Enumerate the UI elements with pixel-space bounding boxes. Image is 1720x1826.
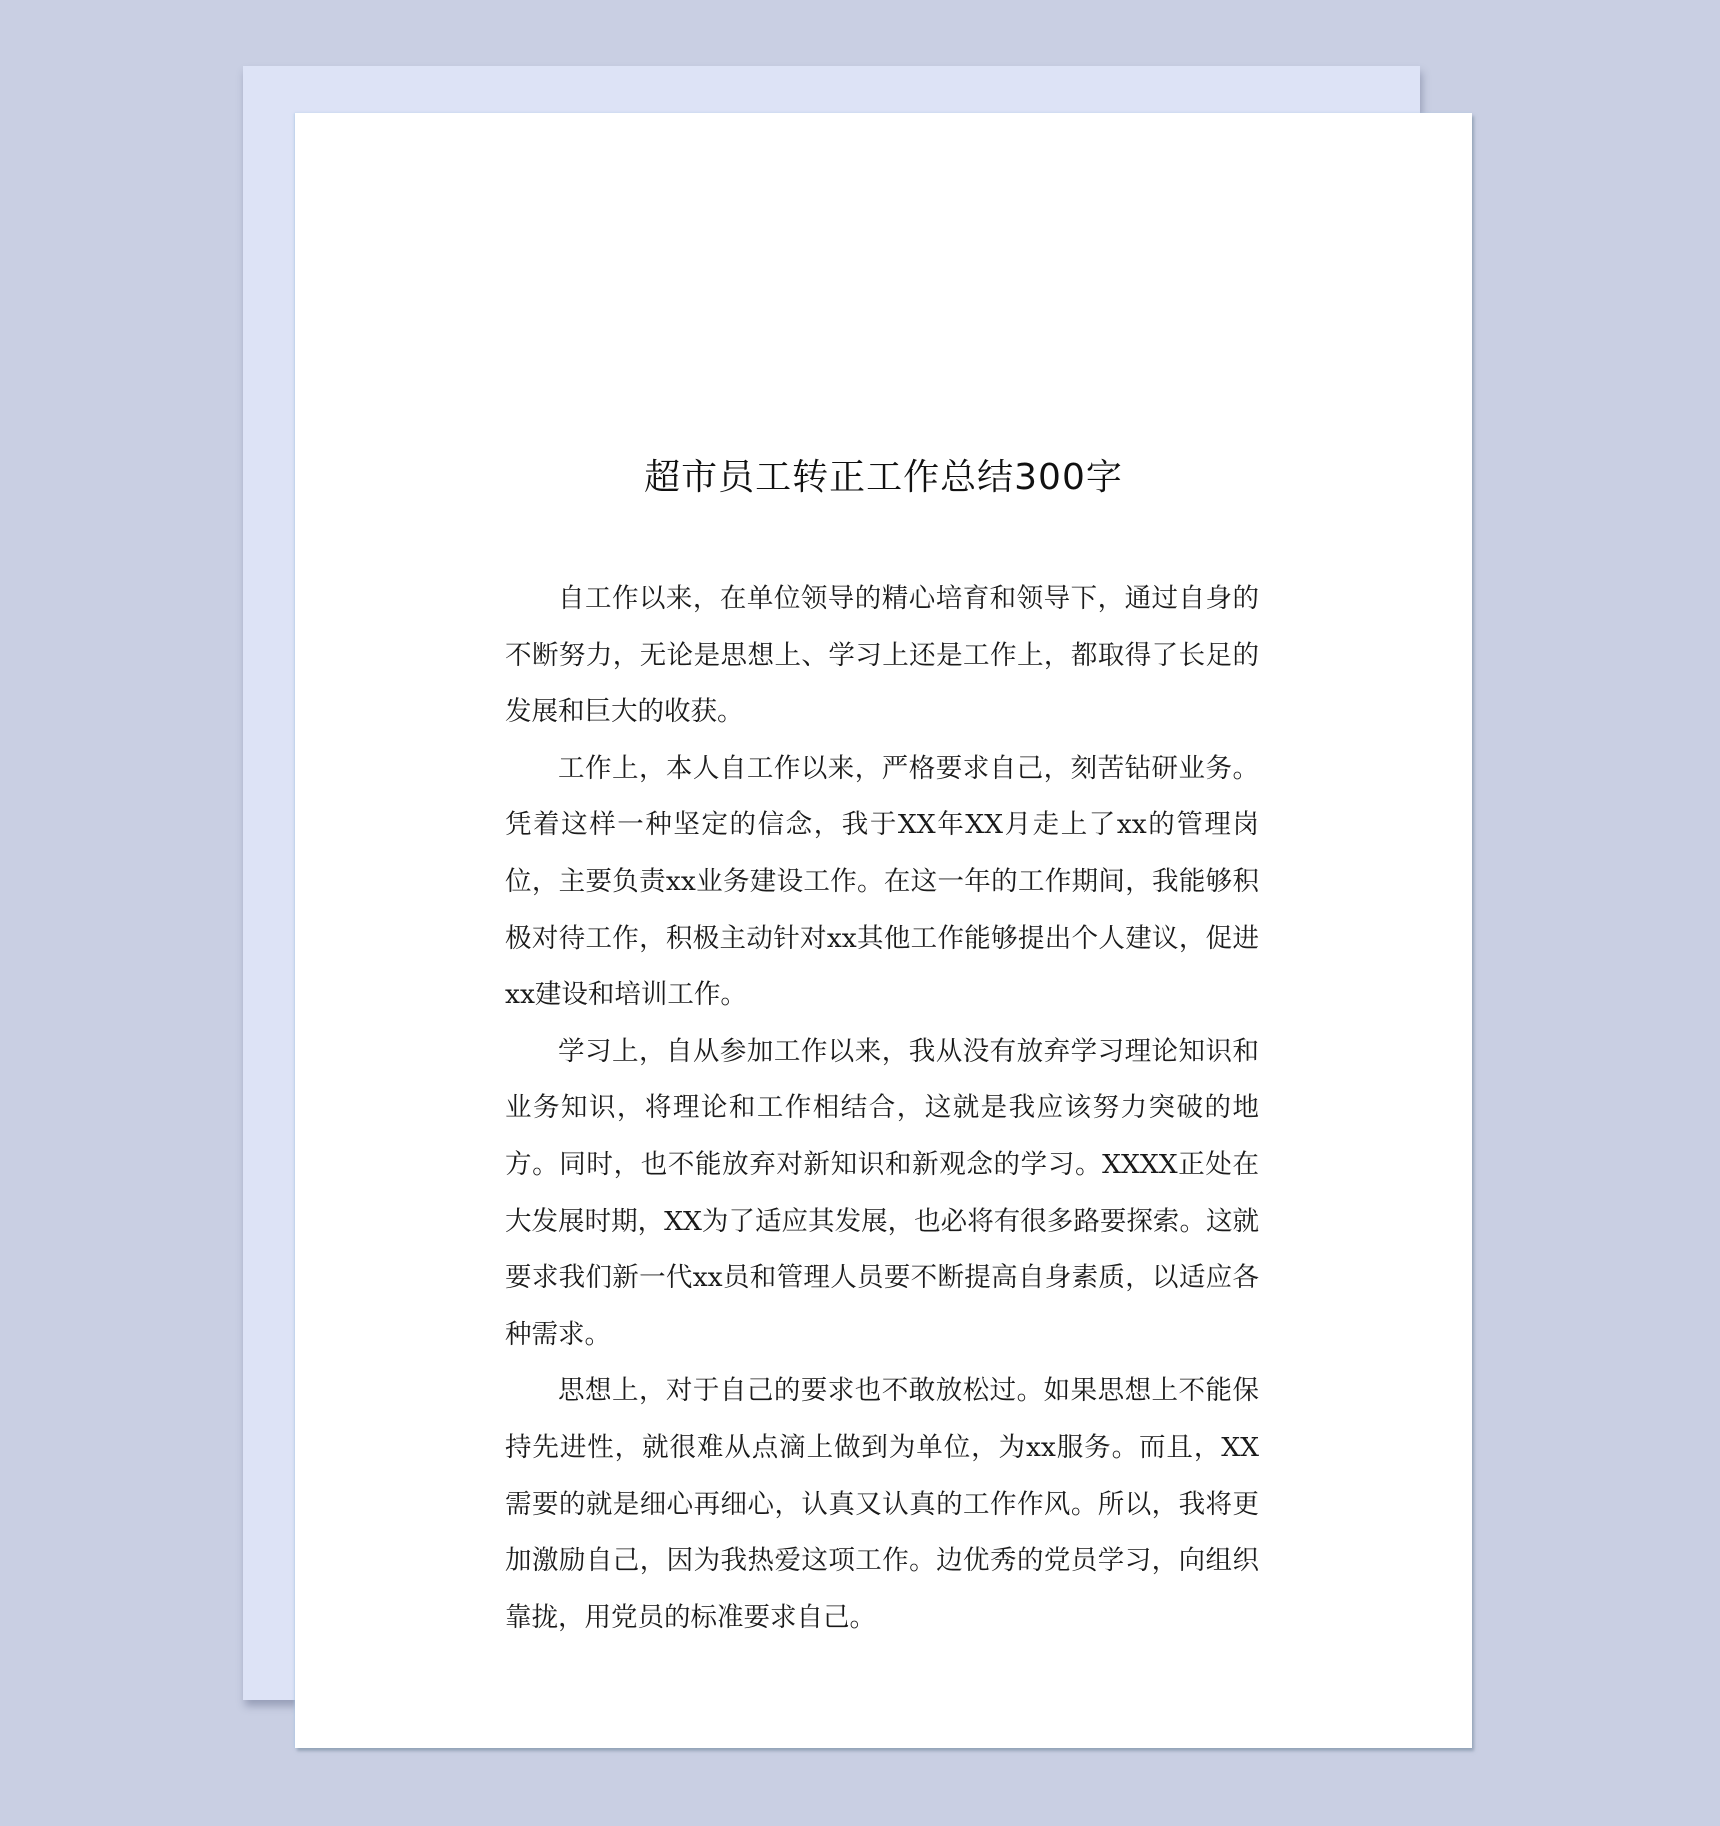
paragraph-thought: 思想上，对于自己的要求也不敢放松过。如果思想上不能保持先进性，就很难从点滴上做到… bbox=[505, 1363, 1259, 1646]
paragraph-intro: 自工作以来，在单位领导的精心培育和领导下，通过自身的不断努力，无论是思想上、学习… bbox=[505, 571, 1259, 741]
paragraph-study: 学习上，自从参加工作以来，我从没有放弃学习理论知识和业务知识，将理论和工作相结合… bbox=[505, 1024, 1259, 1364]
document-body: 自工作以来，在单位领导的精心培育和领导下，通过自身的不断努力，无论是思想上、学习… bbox=[505, 571, 1259, 1646]
document-page: 超市员工转正工作总结300字 自工作以来，在单位领导的精心培育和领导下，通过自身… bbox=[295, 113, 1472, 1748]
paragraph-work: 工作上，本人自工作以来，严格要求自己，刻苦钻研业务。凭着这样一种坚定的信念，我于… bbox=[505, 741, 1259, 1024]
document-title: 超市员工转正工作总结300字 bbox=[295, 449, 1472, 500]
